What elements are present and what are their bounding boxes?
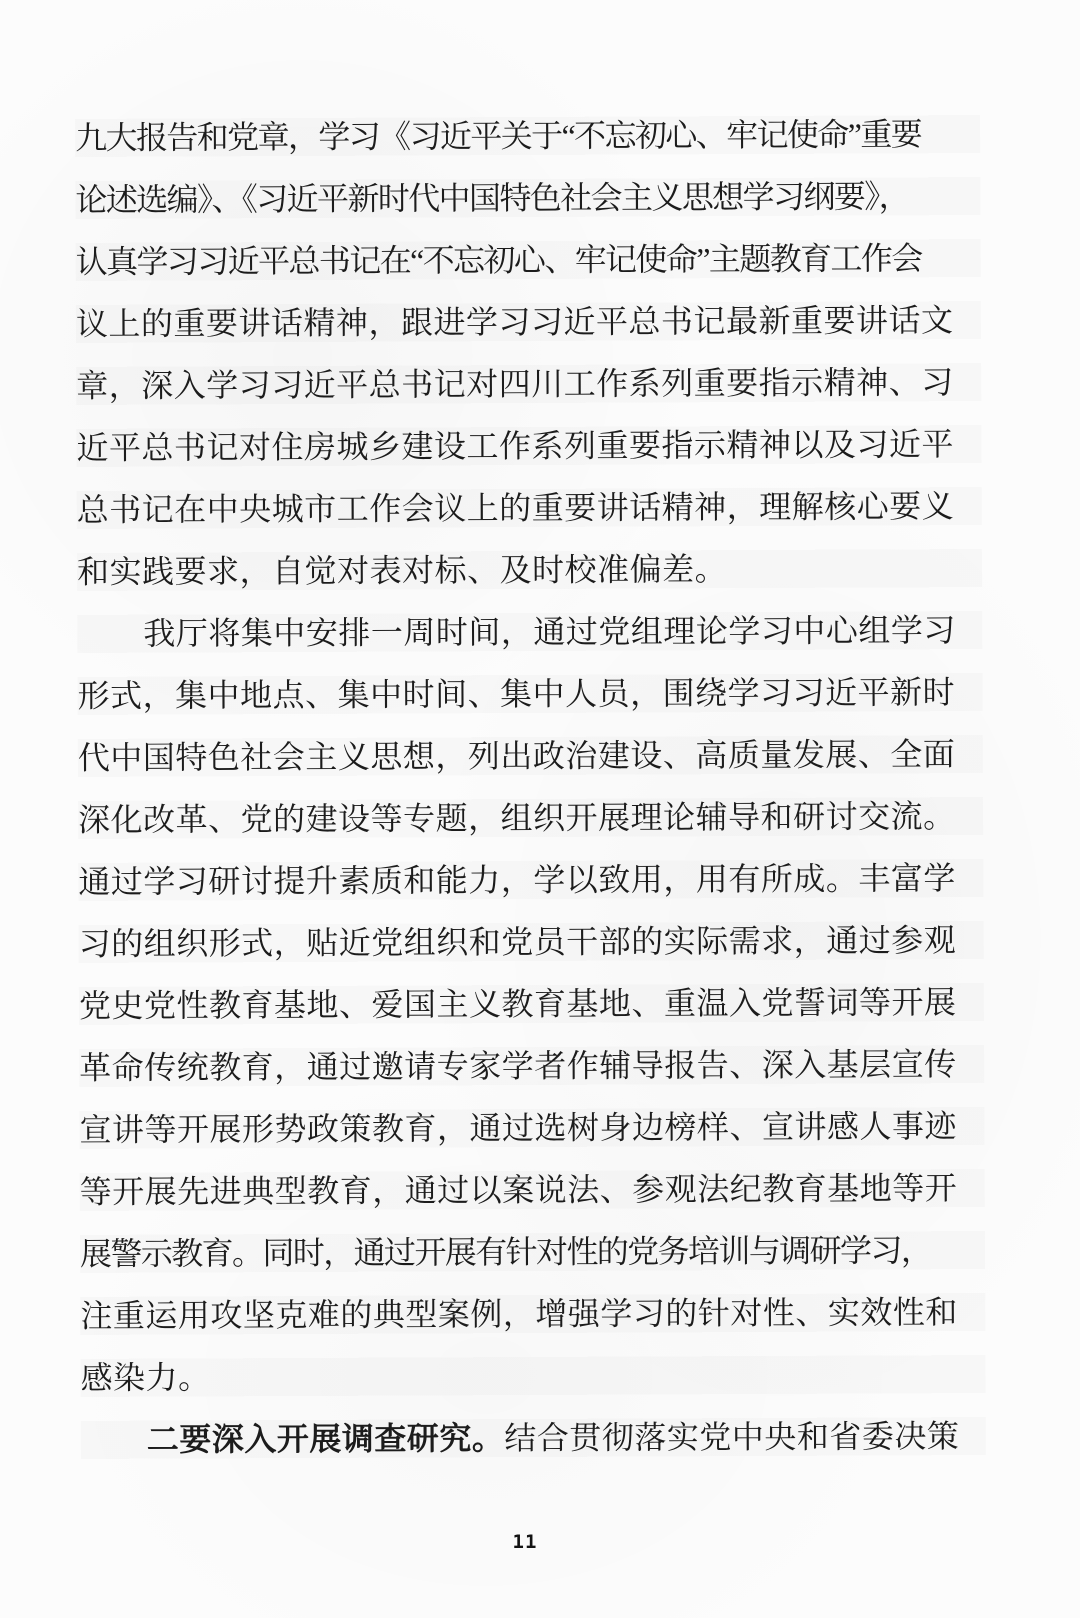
text-line: 宣讲等开展形势政策教育，通过选树身边榜样、宣讲感人事迹 bbox=[79, 1095, 984, 1161]
text-run: 议上的重要讲话精神，跟进学习习近平总书记最新重要讲话文 bbox=[76, 302, 954, 342]
text-run: 代中国特色社会主义思想，列出政治建设、高质量发展、全面 bbox=[78, 736, 956, 776]
text-run: 展警示教育。同时，通过开展有针对性的党务培训与调研学习， bbox=[80, 1232, 931, 1272]
text-line: 九大报告和党章，学习《习近平关于“不忘初心、牢记使命”重要 bbox=[75, 103, 980, 169]
text-run: 论述选编》、《习近平新时代中国特色社会主义思想学习纲要》， bbox=[75, 178, 909, 218]
text-run: 章，深入学习习近平总书记对四川工作系列重要指示精神、习 bbox=[76, 364, 954, 404]
text-line: 和实践要求，自觉对表对标、及时校准偏差。 bbox=[77, 537, 982, 603]
text-run: 结合贯彻落实党中央和省委决策 bbox=[504, 1418, 959, 1456]
text-run: 宣讲等开展形势政策教育，通过选树身边榜样、宣讲感人事迹 bbox=[79, 1108, 957, 1148]
text-line: 章，深入学习习近平总书记对四川工作系列重要指示精神、习 bbox=[76, 351, 981, 417]
document-page: 九大报告和党章，学习《习近平关于“不忘初心、牢记使命”重要论述选编》、《习近平新… bbox=[0, 0, 1080, 1618]
text-line: 近平总书记对住房城乡建设工作系列重要指示精神以及习近平 bbox=[76, 413, 981, 479]
text-run: 等开展先进典型教育，通过以案说法、参观法纪教育基地等开 bbox=[80, 1170, 958, 1210]
text-line: 议上的重要讲话精神，跟进学习习近平总书记最新重要讲话文 bbox=[76, 289, 981, 355]
text-line: 认真学习习近平总书记在“不忘初心、牢记使命”主题教育工作会 bbox=[76, 227, 981, 293]
text-line: 感染力。 bbox=[80, 1343, 985, 1409]
text-line: 等开展先进典型教育，通过以案说法、参观法纪教育基地等开 bbox=[80, 1157, 985, 1223]
text-run: 形式，集中地点、集中时间、集中人员，围绕学习习近平新时 bbox=[77, 674, 955, 714]
text-run: 感染力。 bbox=[80, 1359, 210, 1396]
text-line: 注重运用攻坚克难的典型案例，增强学习的针对性、实效性和 bbox=[80, 1281, 985, 1347]
text-line: 二要深入开展调查研究。结合贯彻落实党中央和省委决策 bbox=[81, 1405, 986, 1471]
text-run: 和实践要求，自觉对表对标、及时校准偏差。 bbox=[77, 551, 727, 590]
text-run: 注重运用攻坚克难的典型案例，增强学习的针对性、实效性和 bbox=[80, 1294, 958, 1334]
text-line: 党史党性教育基地、爱国主义教育基地、重温入党誓词等开展 bbox=[79, 971, 984, 1037]
text-run: 总书记在中央城市工作会议上的重要讲话精神，理解核心要义 bbox=[77, 488, 955, 528]
text-run: 党史党性教育基地、爱国主义教育基地、重温入党誓词等开展 bbox=[79, 984, 957, 1024]
text-run: 通过学习研讨提升素质和能力，学以致用，用有所成。丰富学 bbox=[78, 860, 956, 900]
text-run: 习的组织形式，贴近党组织和党员干部的实际需求，通过参观 bbox=[79, 922, 957, 962]
body-text: 九大报告和党章，学习《习近平关于“不忘初心、牢记使命”重要论述选编》、《习近平新… bbox=[75, 103, 986, 1471]
text-run: 认真学习习近平总书记在“不忘初心、牢记使命”主题教育工作会 bbox=[76, 240, 922, 280]
text-run: 革命传统教育，通过邀请专家学者作辅导报告、深入基层宣传 bbox=[79, 1046, 957, 1086]
text-line: 习的组织形式，贴近党组织和党员干部的实际需求，通过参观 bbox=[79, 909, 984, 975]
text-line: 我厅将集中安排一周时间，通过党组理论学习中心组学习 bbox=[77, 599, 982, 665]
text-line: 展警示教育。同时，通过开展有针对性的党务培训与调研学习， bbox=[80, 1219, 985, 1285]
text-line: 革命传统教育，通过邀请专家学者作辅导报告、深入基层宣传 bbox=[79, 1033, 984, 1099]
text-run: 近平总书记对住房城乡建设工作系列重要指示精神以及习近平 bbox=[76, 426, 954, 466]
text-line: 总书记在中央城市工作会议上的重要讲话精神，理解核心要义 bbox=[77, 475, 982, 541]
bold-text-run: 二要深入开展调查研究。 bbox=[147, 1420, 505, 1458]
text-line: 形式，集中地点、集中时间、集中人员，围绕学习习近平新时 bbox=[77, 661, 982, 727]
text-line: 通过学习研讨提升素质和能力，学以致用，用有所成。丰富学 bbox=[78, 847, 983, 913]
page-number: 11 bbox=[0, 1531, 1065, 1553]
text-line: 代中国特色社会主义思想，列出政治建设、高质量发展、全面 bbox=[78, 723, 983, 789]
text-run: 深化改革、党的建设等专题，组织开展理论辅导和研讨交流。 bbox=[78, 798, 956, 838]
text-run: 九大报告和党章，学习《习近平关于“不忘初心、牢记使命”重要 bbox=[75, 116, 921, 156]
text-line: 论述选编》、《习近平新时代中国特色社会主义思想学习纲要》， bbox=[75, 165, 980, 231]
text-line: 深化改革、党的建设等专题，组织开展理论辅导和研讨交流。 bbox=[78, 785, 983, 851]
text-run: 我厅将集中安排一周时间，通过党组理论学习中心组学习 bbox=[143, 612, 956, 652]
